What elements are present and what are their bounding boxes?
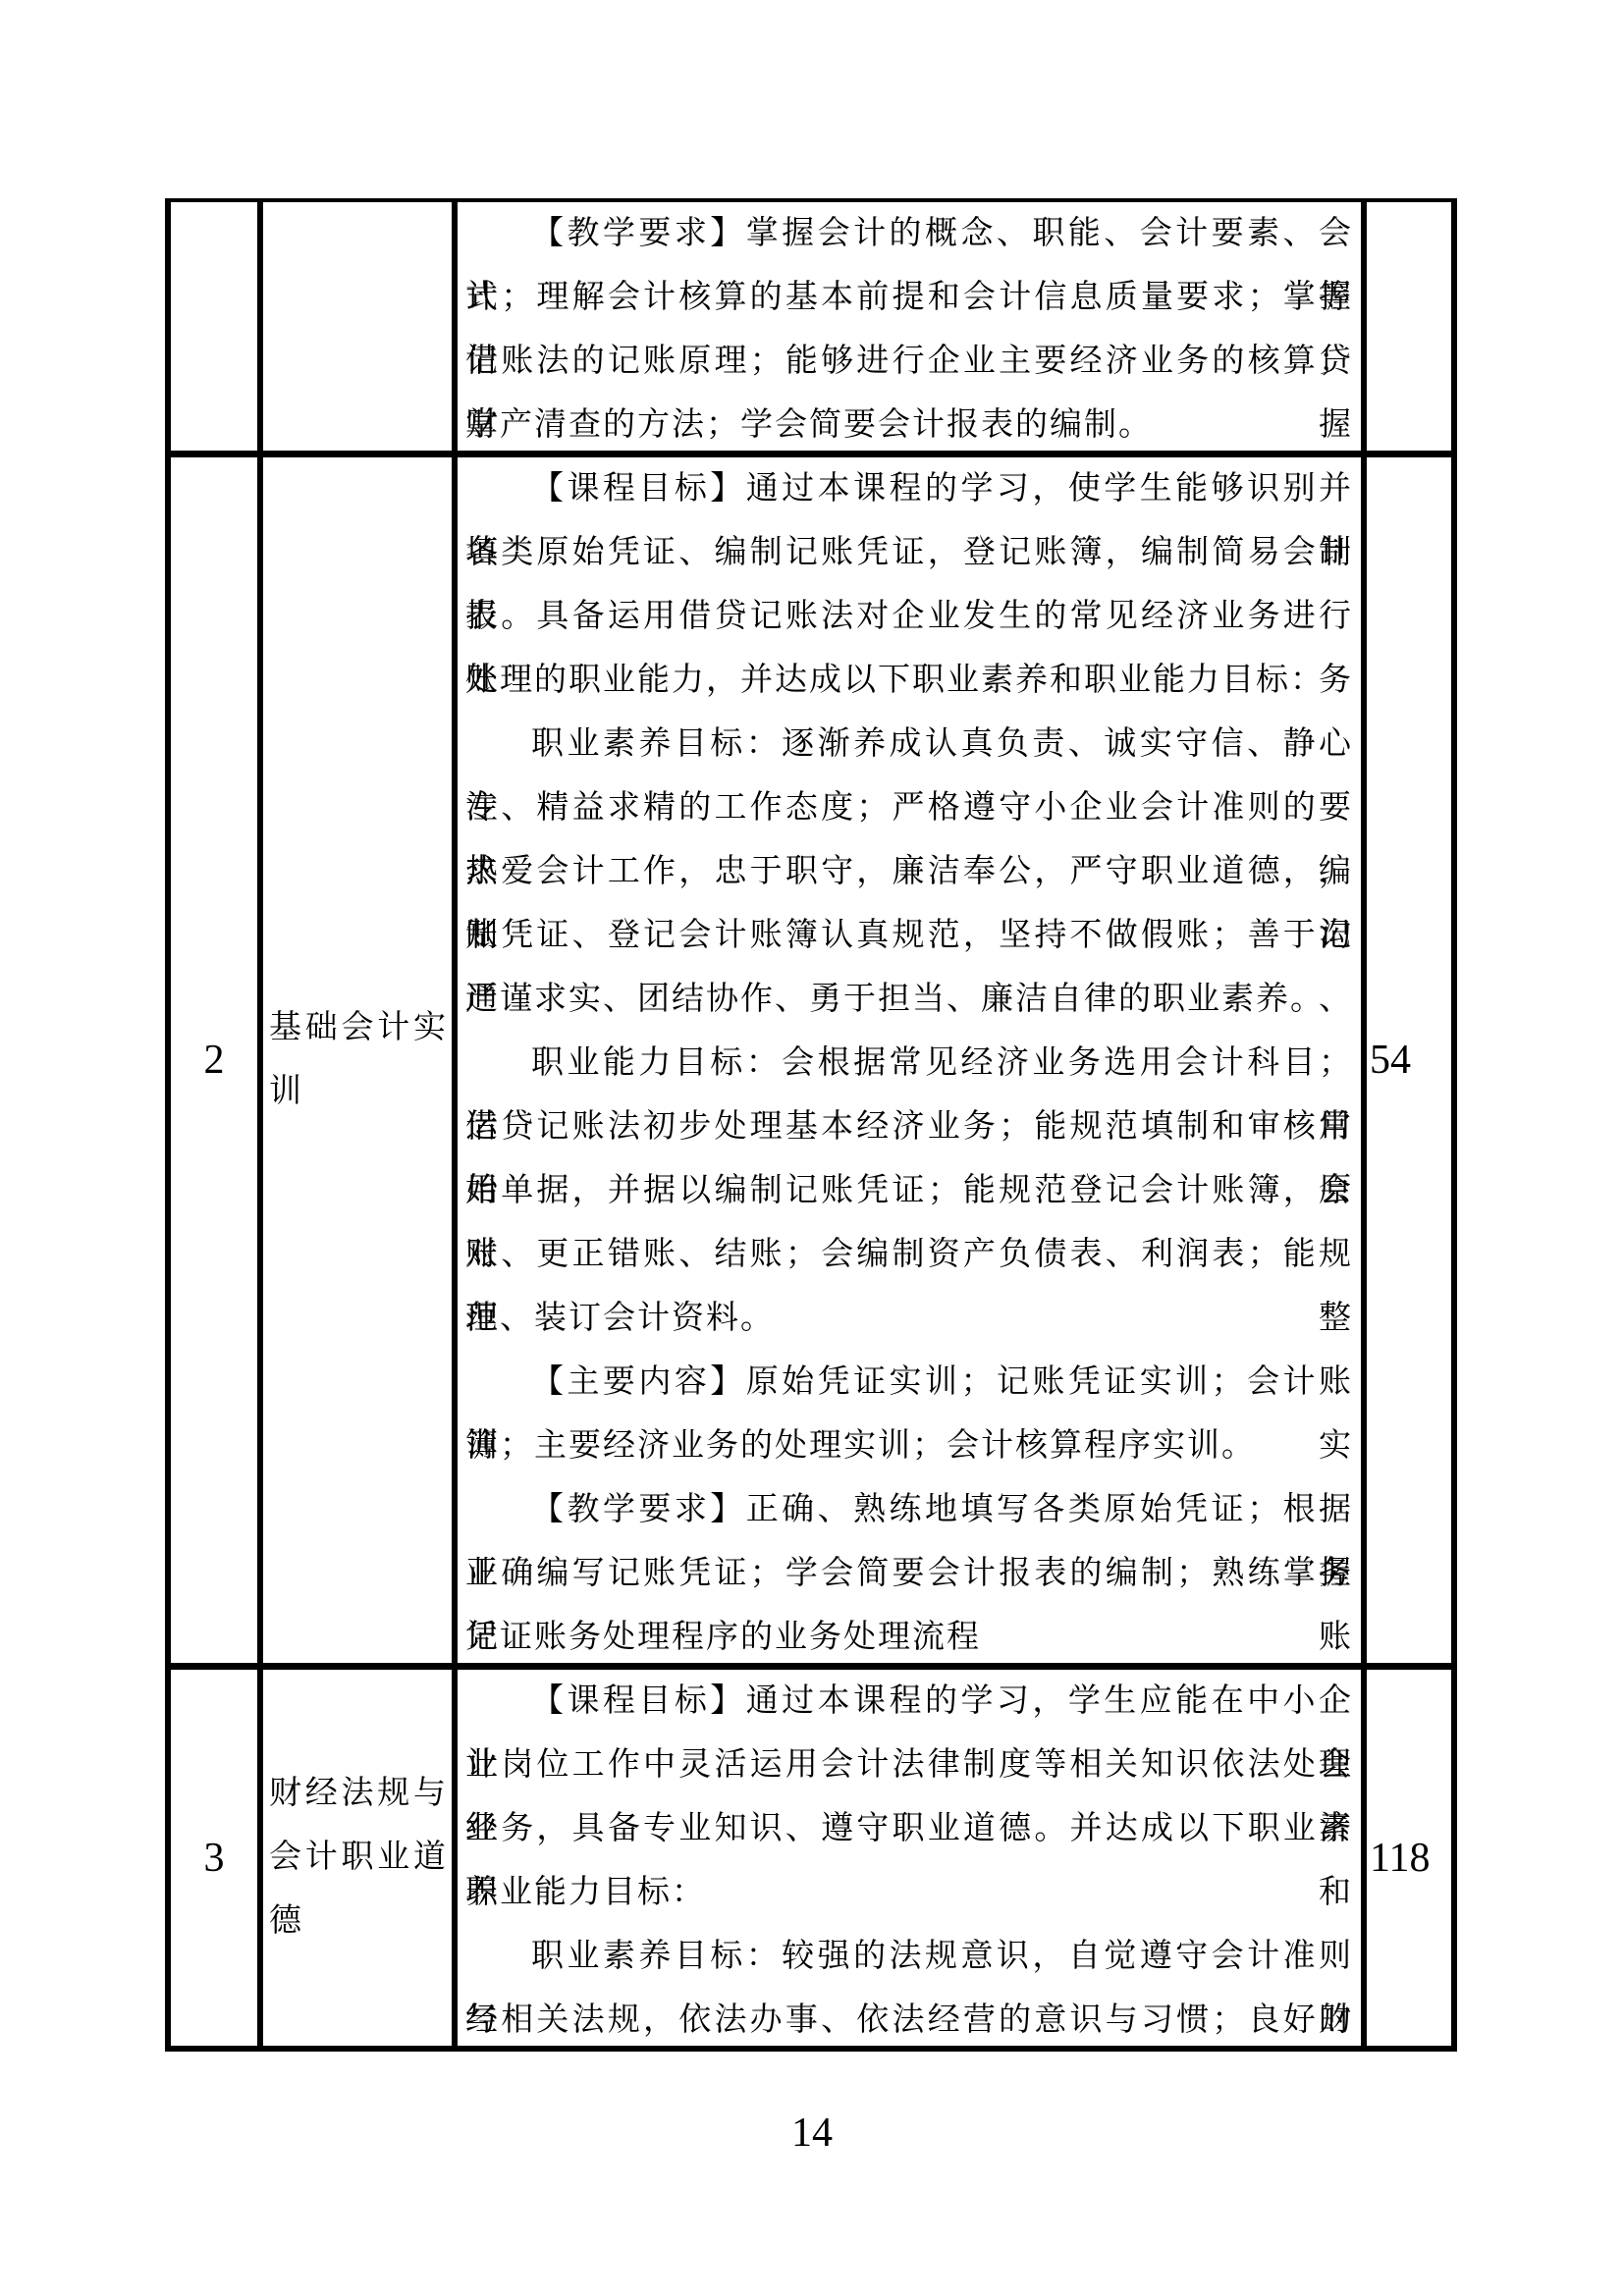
page-number: 14 (0, 2112, 1624, 2154)
text-line: 借贷记账法初步处理基本经济业务；能规范填制和审核常用原 (465, 1095, 1353, 1159)
course-name-line: 训 (269, 1060, 446, 1124)
text-line: 正确编写记账凭证；学会简要会计报表的编制；熟练掌握记账 (465, 1542, 1353, 1606)
cell-seq (171, 202, 263, 451)
cell-description: 【课程目标】通过本课程的学习，使学生能够识别并填制 各类原始凭证、编制记账凭证，… (458, 457, 1367, 1663)
text-line: 账凭证、登记会计账簿认真规范，坚持不做假账；善于沟通、 (465, 904, 1353, 968)
course-name-line: 德 (269, 1890, 446, 1953)
hours-value: 118 (1370, 1838, 1430, 1879)
row-number: 2 (204, 1040, 225, 1081)
text-line: 表。具备运用借贷记账法对企业发生的常见经济业务进行账务 (465, 585, 1353, 649)
text-line: 【教学要求】掌握会计的概念、职能、会计要素、会计等 (465, 202, 1353, 266)
text-line: 【教学要求】正确、熟练地填写各类原始凭证；根据业务 (465, 1478, 1353, 1542)
text-line: 训；主要经济业务的处理实训；会计核算程序实训。 (465, 1415, 1353, 1478)
course-name-line: 财经法规与 (269, 1762, 446, 1826)
text-line: 始单据，并据以编制记账凭证；能规范登记会计账簿，会对 (465, 1159, 1353, 1223)
text-line: 注、精益求精的工作态度；严格遵守小企业会计准则的要求， (465, 776, 1353, 840)
text-line: 【主要内容】原始凭证实训；记账凭证实训；会计账簿实 (465, 1351, 1353, 1415)
course-name-line: 会计职业道 (269, 1826, 446, 1890)
text-line: 计岗位工作中灵活运用会计法律制度等相关知识依法处理经济 (465, 1734, 1353, 1797)
text-line: 【课程目标】通过本课程的学习，学生应能在中小企业会 (465, 1670, 1353, 1734)
text-line: 【课程目标】通过本课程的学习，使学生能够识别并填制 (465, 457, 1353, 521)
course-table: 【教学要求】掌握会计的概念、职能、会计要素、会计等 式；理解会计核算的基本前提和… (165, 198, 1457, 2052)
text-line: 式；理解会计核算的基本前提和会计信息质量要求；掌握借贷 (465, 266, 1353, 330)
course-name-line: 基础会计实 (269, 996, 446, 1060)
text-line: 职业能力目标：会根据常见经济业务选用会计科目；运用 (465, 1032, 1353, 1095)
table-row: 3 财经法规与 会计职业道 德 【课程目标】通过本课程的学习，学生应能在中小企业… (171, 1670, 1451, 2046)
cell-hours: 54 (1367, 457, 1451, 1663)
cell-course-name (263, 202, 458, 451)
row-number: 3 (204, 1838, 225, 1879)
text-line: 职业素养目标：逐渐养成认真负责、诚实守信、静心专 (465, 713, 1353, 776)
text-line: 处理的职业能力，并达成以下职业素养和职业能力目标： (465, 649, 1353, 713)
text-line: 业务，具备专业知识、遵守职业道德。并达成以下职业素养和 (465, 1797, 1353, 1861)
cell-seq: 3 (171, 1670, 263, 2046)
table-row: 2 基础会计实 训 【课程目标】通过本课程的学习，使学生能够识别并填制 各类原始… (171, 457, 1451, 1670)
hours-value: 54 (1370, 1040, 1411, 1081)
text-line: 严谨求实、团结协作、勇于担当、廉洁自律的职业素养。 (465, 968, 1353, 1032)
cell-description: 【课程目标】通过本课程的学习，学生应能在中小企业会 计岗位工作中灵活运用会计法律… (458, 1670, 1367, 2046)
cell-description: 【教学要求】掌握会计的概念、职能、会计要素、会计等 式；理解会计核算的基本前提和… (458, 202, 1367, 451)
cell-course-name: 财经法规与 会计职业道 德 (263, 1670, 458, 2046)
cell-seq: 2 (171, 457, 263, 1663)
document-page: 【教学要求】掌握会计的概念、职能、会计要素、会计等 式；理解会计核算的基本前提和… (0, 0, 1624, 2296)
cell-hours (1367, 202, 1451, 451)
text-line: 各类原始凭证、编制记账凭证，登记账簿，编制简易会计报 (465, 521, 1353, 585)
text-line: 记账法的记账原理；能够进行企业主要经济业务的核算；掌握 (465, 330, 1353, 394)
text-line: 职业素养目标：较强的法规意识，自觉遵守会计准则与财 (465, 1925, 1353, 1989)
text-line: 账、更正错账、结账；会编制资产负债表、利润表；能规范整 (465, 1223, 1353, 1287)
cell-course-name: 基础会计实 训 (263, 457, 458, 1663)
cell-hours: 118 (1367, 1670, 1451, 2046)
text-line: 热爱会计工作，忠于职守，廉洁奉公，严守职业道德，编制记 (465, 840, 1353, 904)
table-row: 【教学要求】掌握会计的概念、职能、会计要素、会计等 式；理解会计核算的基本前提和… (171, 202, 1451, 457)
text-line: 经相关法规，依法办事、依法经营的意识与习惯；良好的纪律 (465, 1989, 1353, 2046)
